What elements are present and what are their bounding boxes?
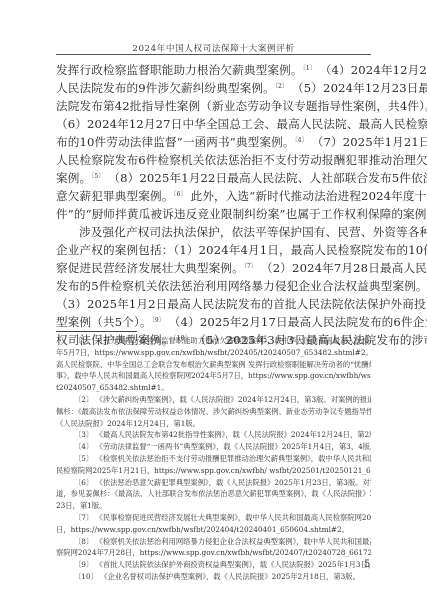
footnote-ref-4[interactable]: 〔4〕 (295, 137, 308, 144)
footnote-line: 23日，第1版。 (56, 500, 371, 512)
body-line-text: 布的10件劳动法律监督“一函两书”典型案例。 (56, 135, 295, 149)
footnote-5: 〔5〕 《检察机关依法惩治拒不支付劳动报酬犯罪推动治理欠薪典型案例》，载中华人民… (56, 453, 371, 465)
body-line-text: 件”的“厨师拌黄瓜被诉违反竞业限制纠纷案”也属于工作权利保障的案例。 (56, 207, 427, 221)
footnote-9: 〔9〕 《首批人民法院依法保护外商投资权益典型案例》，载《人民法院报》2025年… (56, 559, 371, 571)
body-line-text: 人民检察院发布6件检察机关依法惩治拒不支付劳动报酬犯罪推动治理欠薪典型 (56, 153, 427, 167)
footnote-separator (56, 331, 137, 332)
body-line-text: （6）2024年12月27日中华全国总工会、最高人民法院、最高人民检察院联合发 (56, 117, 427, 131)
body-line: 件”的“厨师拌黄瓜被诉违反竞业限制纠纷案”也属于工作权利保障的案例。 (56, 205, 371, 223)
body-line: 人民检察院发布6件检察机关依法惩治拒不支付劳动报酬犯罪推动治理欠薪典型 (56, 151, 371, 169)
footnote-ref-1[interactable]: 〔1〕 (303, 65, 316, 72)
footnote-line: 年5月7日，https://www.spp.gov.cn/xwfbh/wsfbt… (56, 347, 371, 359)
body-line: 发布的5件检察机关依法惩治利用网络暴力侵犯企业合法权益典型案例。〔8〕 (56, 277, 371, 295)
paragraph-start-line: 涉及强化产权司法执法保护，依法平等保护国有、民营、外资等各种所有制 (56, 223, 371, 241)
footnotes: 〔1〕 《充分发挥行政检察监督职能助力根治欠薪典型案例》，载中华人民共和国最高人… (56, 335, 371, 583)
footnote-line: 佩杉：《最高法发布依法保障劳动权益总体情况、涉欠薪纠纷典型案例、新业态劳动争议专… (56, 406, 371, 418)
body-line: 法院发布第42批指导性案例（新业态劳动争议专题指导性案例，共4件）。〔3〕 (56, 97, 371, 115)
footnote-ref-7[interactable]: 〔7〕 (244, 263, 257, 270)
body-line: 人民法院发布的9件涉欠薪纠纷典型案例。〔2〕 （5）2024年12月23日最高人… (56, 79, 371, 97)
body-line-text: （3）2025年1月2日最高人民法院发布的首批人民法院依法保护外商投资权益典 (56, 297, 427, 311)
footnote-7: 〔7〕 《民事检察促进民营经济发展壮大典型案例》，载中华人民共和国最高人民检察院… (56, 512, 371, 524)
body-line-text: （4）2024年12月23日最高 (316, 63, 427, 77)
body-line-text: 此外，入选“新时代推动法治进程2024年度十大案 (187, 189, 427, 203)
body-line: 型案例（共5个）。〔9〕 （4）2025年2月17日最高人民法院发布的6件企业名… (56, 313, 371, 331)
footnote-line: 事》，载中华人民共和国最高人民检察院网2024年5月7日，https://www… (56, 370, 371, 382)
body-line-text: （7）2025年1月21日最高 (308, 135, 427, 149)
document-page: 2024年中国人权司法保障十大案例评析 发挥行政检察监督职能助力根治欠薪典型案例… (0, 0, 427, 601)
body-line: 意欠薪犯罪典型案例。〔6〕 此外，入选“新时代推动法治进程2024年度十大案 (56, 187, 371, 205)
footnote-10: 〔10〕 《企业名誉权司法保护典型案例》，载《人民法院报》2025年2月18日，… (56, 571, 371, 583)
body-line: 企业产权的案例包括：（1）2024年4月1日，最高人民检察院发布的10件民事检 (56, 241, 371, 259)
body-line-text: 案例。 (56, 171, 91, 185)
footnote-6: 〔6〕 《依法惩治恶意欠薪犯罪典型案例》，载《人民法院报》2025年1月23日，… (56, 477, 371, 489)
header-rule (56, 54, 371, 55)
footnote-ref-6[interactable]: 〔6〕 (173, 191, 186, 198)
body-line-text: 法院发布第42批指导性案例（新业态劳动争议专题指导性案例，共4件）。 (56, 99, 427, 113)
footnote-3: 〔3〕 《最高人民法院发布第42批指导性案例》，载《人民法院报》2024年12月… (56, 429, 371, 441)
footnote-line: 察院网2024年7月28日，https://www.spp.gov.cn/xwf… (56, 547, 371, 559)
body-line-text: 察促进民营经济发展壮大典型案例。 (56, 261, 244, 275)
footnote-line: 高人民检察院、中华全国总工会联合发布根治欠薪典型案例 发挥行政检察职能解决劳动者… (56, 359, 371, 371)
body-line-text: （4）2025年2月17日最高人民法院发布的6件企业名誉 (165, 315, 427, 329)
body-text: 发挥行政检察监督职能助力根治欠薪典型案例。〔1〕 （4）2024年12月23日最… (56, 61, 371, 349)
body-line: 察促进民营经济发展壮大典型案例。〔7〕 （2）2024年7月28日最高人民检察院 (56, 259, 371, 277)
footnote-line: 民检察院网2025年1月21日，https://www.spp.gov.cn/x… (56, 465, 371, 477)
body-line: （3）2025年1月2日最高人民法院发布的首批人民法院依法保护外商投资权益典 (56, 295, 371, 313)
footnote-line: 《人民法院报》2024年12月24日，第1版。 (56, 418, 371, 430)
footnote-line: 道，参见姜佩杉：《最高法、人社部联合发布依法惩治恶意欠薪犯罪典型案例》，载《人民… (56, 488, 371, 500)
body-line-text: （2）2024年7月28日最高人民检察院 (257, 261, 427, 275)
body-line: （6）2024年12月27日中华全国总工会、最高人民法院、最高人民检察院联合发 (56, 115, 371, 133)
footnote-ref-2[interactable]: 〔2〕 (275, 83, 288, 90)
footnote-2: 〔2〕 《涉欠薪纠纷典型案例》，载《人民法院报》2024年12月24日，第3版。… (56, 394, 371, 406)
body-line-text: （8）2025年1月22日最高人民法院、人社部联合发布5件依法惩治恶 (105, 171, 427, 185)
body-line-text: 发布的5件检察机关依法惩治利用网络暴力侵犯企业合法权益典型案例。 (56, 279, 427, 293)
footnote-8: 〔8〕 《检察机关依法惩治利用网络暴力侵犯企业合法权益典型案例》，载中华人民共和… (56, 536, 371, 548)
body-line-text: 发挥行政检察监督职能助力根治欠薪典型案例。 (56, 63, 303, 77)
body-line-text: 企业产权的案例包括：（1）2024年4月1日，最高人民检察院发布的10件民事检 (56, 243, 427, 257)
body-line-text: 意欠薪犯罪典型案例。 (56, 189, 173, 203)
body-line: 发挥行政检察监督职能助力根治欠薪典型案例。〔1〕 （4）2024年12月23日最… (56, 61, 371, 79)
body-line: 布的10件劳动法律监督“一函两书”典型案例。〔4〕 （7）2025年1月21日最… (56, 133, 371, 151)
footnote-line: t20240507_653482.shtml#1。 (56, 382, 371, 394)
footnote-ref-9[interactable]: 〔9〕 (152, 317, 165, 324)
body-line: 案例。〔5〕 （8）2025年1月22日最高人民法院、人社部联合发布5件依法惩治… (56, 169, 371, 187)
footnote-1: 〔1〕 《充分发挥行政检察监督职能助力根治欠薪典型案例》，载中华人民共和国最高人… (56, 335, 371, 347)
body-line-text: 型案例（共5个）。 (56, 315, 152, 329)
footnote-4: 〔4〕 《劳动法律监督“一函两书”典型案例》，载《人民法院报》2025年1月4日… (56, 441, 371, 453)
page-number: 5 (364, 559, 370, 570)
body-line-text: （5）2024年12月23日最高人民 (288, 81, 427, 95)
footnote-line: 日，https://www.spp.gov.cn/xwfbh/wsfbt/202… (56, 524, 371, 536)
footnote-ref-5[interactable]: 〔5〕 (91, 173, 104, 180)
body-line-text: 涉及强化产权司法执法保护，依法平等保护国有、民营、外资等各种所有制 (79, 225, 427, 239)
running-header-title: 2024年中国人权司法保障十大案例评析 (56, 42, 371, 54)
body-line-text: 人民法院发布的9件涉欠薪纠纷典型案例。 (56, 81, 275, 95)
